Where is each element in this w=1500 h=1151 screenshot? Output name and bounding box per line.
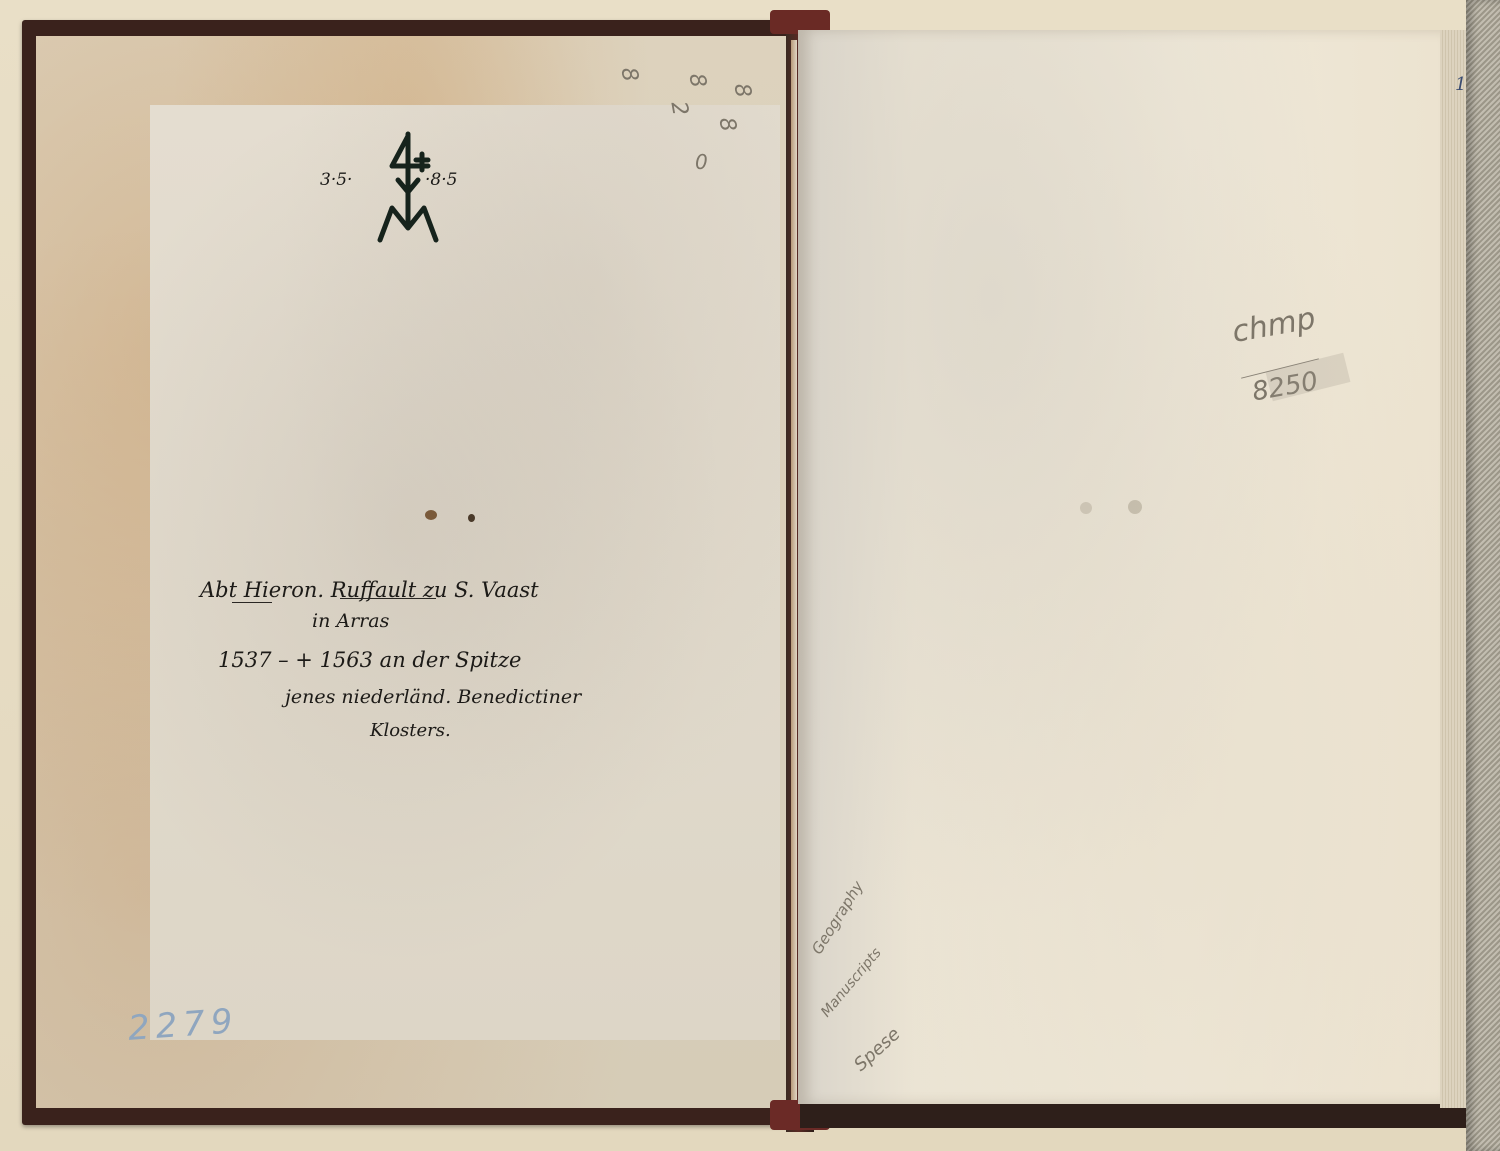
stain — [1080, 502, 1092, 514]
mark-date-right: ·8·5 — [425, 170, 457, 190]
mark-date-left: 3·5· — [320, 170, 352, 190]
underline-ruffault — [340, 598, 436, 599]
wormhole — [468, 514, 475, 522]
stain — [1128, 500, 1142, 514]
provenance-line-2: in Arras — [312, 612, 389, 631]
pencil-mark: 0 — [695, 150, 708, 174]
flyleaf — [798, 30, 1440, 1104]
underline-hieron — [232, 602, 272, 603]
shelf-number: 2279 — [127, 1001, 240, 1049]
pastedown-paper — [150, 105, 780, 1040]
provenance-line-4: jenes niederländ. Benedictiner — [285, 688, 581, 707]
folio-number: 1 — [1455, 74, 1466, 95]
provenance-line-5: Klosters. — [370, 722, 451, 740]
gutter — [791, 40, 797, 1100]
wormhole — [425, 510, 437, 520]
page-block-edges — [1440, 30, 1466, 1108]
provenance-line-3: 1537 – + 1563 an der Spitze — [218, 650, 521, 671]
support-cloth — [1466, 0, 1500, 1151]
